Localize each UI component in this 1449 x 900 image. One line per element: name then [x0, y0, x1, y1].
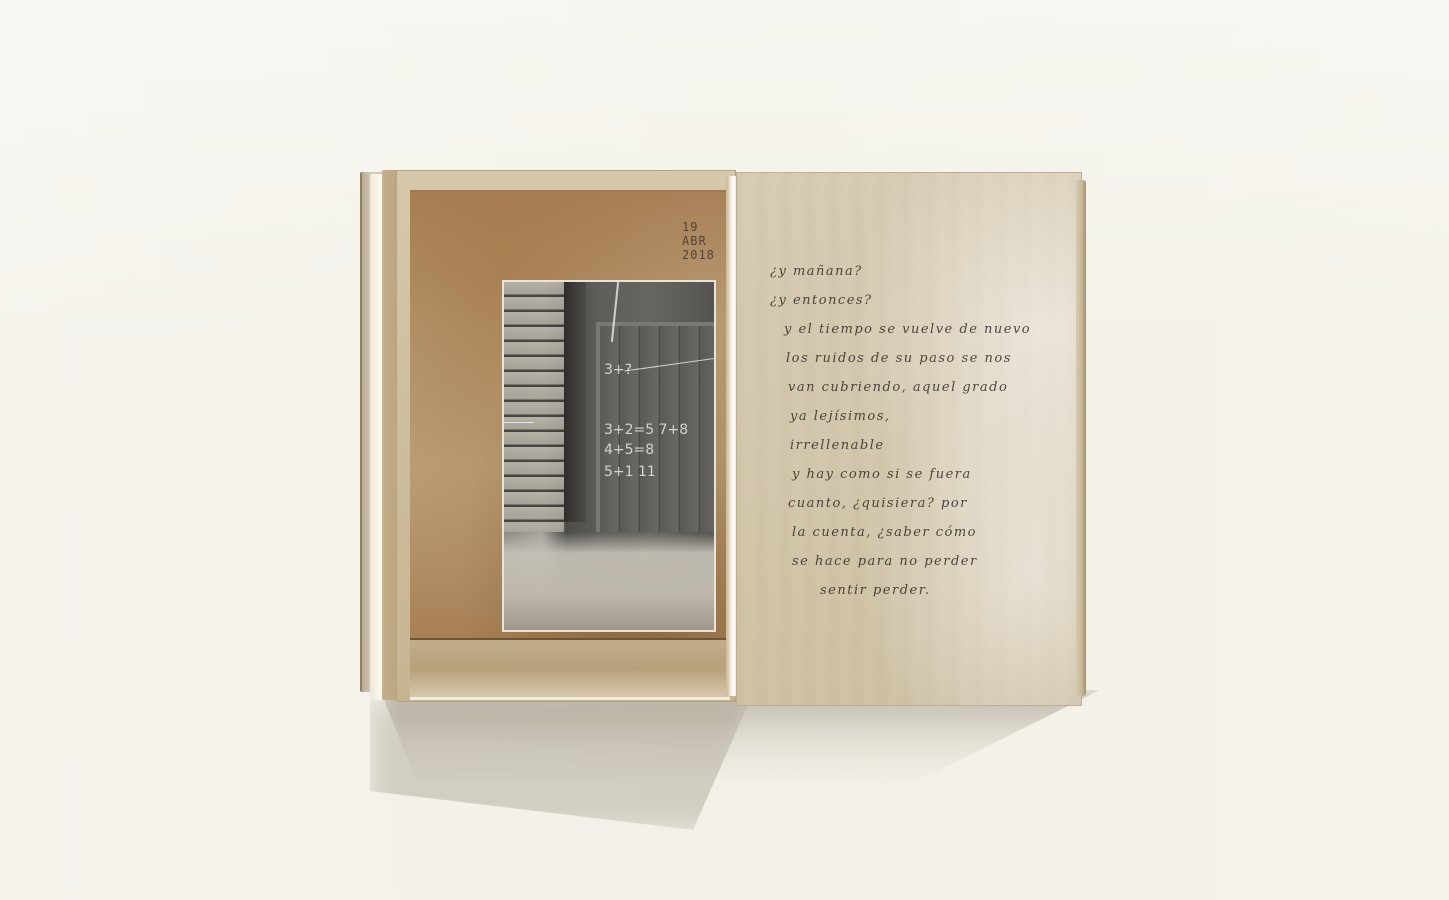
poem-line: ¿y entonces?	[770, 293, 1070, 322]
door-frame	[564, 282, 586, 522]
poem-line: los ruidos de su paso se nos	[770, 351, 1070, 380]
date-stamp: 19 ABR 2018	[682, 220, 730, 262]
photo-crease	[504, 422, 534, 423]
kraft-collage-sheet: 19 ABR 2018 3+? 3+2=5 7+8 4+5=8 5+1 11	[410, 190, 730, 650]
right-page-edges	[1076, 180, 1086, 696]
poem-line: irrellenable	[770, 438, 1070, 467]
handwritten-poem: ¿y mañana? ¿y entonces? y el tiempo se v…	[770, 264, 1070, 612]
kraft-bottom-strip	[410, 638, 730, 700]
poem-line: y hay como si se fuera	[770, 467, 1070, 496]
poem-line: la cuenta, ¿saber cómo	[770, 525, 1070, 554]
poem-line: y el tiempo se vuelve de nuevo	[770, 322, 1070, 351]
chalk-text: 3+2=5 7+8	[604, 422, 688, 438]
poem-line: ¿y mañana?	[770, 264, 1070, 293]
chalk-text: 5+1 11	[604, 464, 656, 480]
poem-line: ya lejísimos,	[770, 409, 1070, 438]
poem-line: sentir perder.	[770, 583, 1070, 612]
poem-line: cuanto, ¿quisiera? por	[770, 496, 1070, 525]
collaged-photograph: 3+? 3+2=5 7+8 4+5=8 5+1 11	[502, 280, 716, 632]
brick-wall	[504, 282, 564, 532]
chalk-text: 4+5=8	[604, 442, 654, 458]
sketchbook: 19 ABR 2018 3+? 3+2=5 7+8 4+5=8 5+1 11 ¿…	[360, 168, 1090, 708]
poem-line: se hace para no perder	[770, 554, 1070, 583]
poem-line: van cubriendo, aquel grado	[770, 380, 1070, 409]
